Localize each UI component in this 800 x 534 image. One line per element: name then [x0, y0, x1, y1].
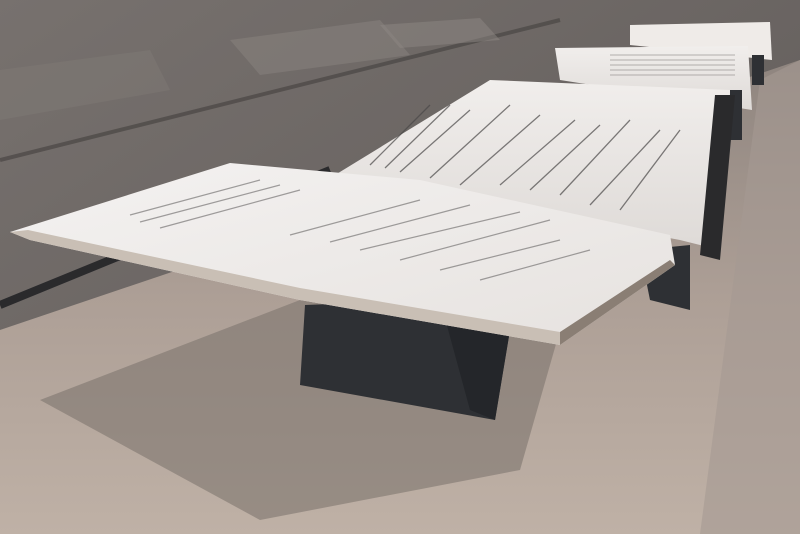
display-case-photo [0, 0, 800, 534]
photo-illustration [0, 0, 800, 534]
